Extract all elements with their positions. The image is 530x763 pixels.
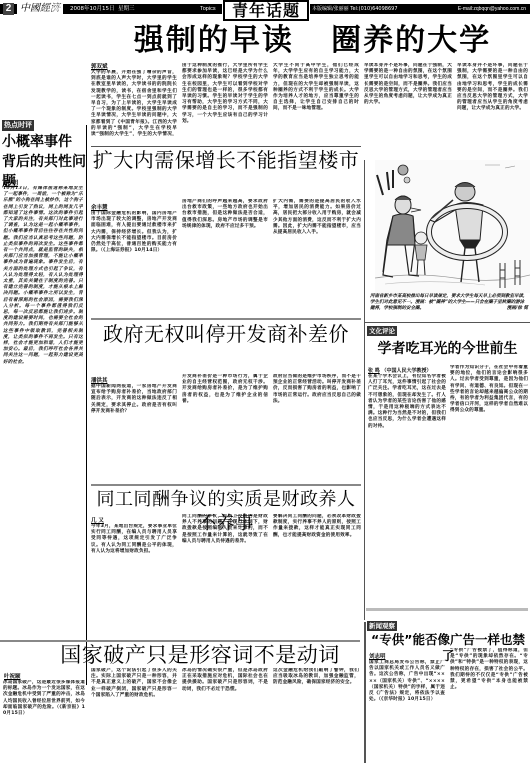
scholar-col-2: 学者作为知识分子，在社会中有着重要的地位，他们的言论会影响很多人。过去学者受到尊… <box>450 365 528 579</box>
scholar-byline: 张 鸣 （中国人民大学教授） <box>368 367 432 374</box>
scholar-col-1: 在某个学术会议上，有位知名学者被人打了耳光，这件事情引起了社会的广泛关注。学者吃… <box>368 374 446 579</box>
domestic-demand-col-2: 房地产商们的呼声越来越高，要求政府出台救市政策，一些地方政府也开始出台救市措施，… <box>182 199 268 314</box>
special-supply-col-2: “专供”广告被禁了，值得称道，但是“专供”的现象却依然存在。“专供”和“特供”是… <box>450 648 528 763</box>
section-divider <box>0 640 360 642</box>
developer-subsidy-col-2: 开发商补差价是一种市场行为，属于企业的自主经营权范围，政府无权干涉。开发商给购房… <box>182 374 268 462</box>
cartoon-illustration <box>375 160 530 293</box>
developer-subsidy-author: 潘洪其 <box>91 376 108 384</box>
domestic-demand-col-3: 扩大内需，需要的是提高居民的收入水平，增加居民的消费能力。如果房价过高，居民把大… <box>273 199 361 314</box>
decorative-slashes: ///// <box>52 3 62 12</box>
cartoon-caption: 河南省新乡市某高校推出每日早读规定，要求大学生每天早上必须到教室早读，学生们对此… <box>370 294 528 312</box>
section-divider <box>91 318 361 320</box>
left-column-divider <box>86 125 87 685</box>
developer-subsidy-col-3: 政府应当做的是维护市场秩序，而不是干预企业的正常经营活动。叫停开发商补差价，反而… <box>273 374 361 462</box>
commentary-body: 10月13日，有媒体报道称某地发生了一起事件，一周前，一个被称为“乐乐熊”的小狗… <box>3 186 83 680</box>
editor-email: E-mail:zqbqqn@yahoo.com.cn <box>458 5 526 13</box>
page-number: 2 <box>3 3 14 15</box>
bankruptcy-col-3: 冰岛的情况确实很严重，但是冰岛政府正在采取措施应对危机，国际社会也在提供援助。国… <box>182 668 268 763</box>
section-title: 青年话题 <box>225 1 307 21</box>
main-article-col-5: 早读本身并不是坏事，问题在于强制，大学需要的是一种自由的氛围，在这个氛围里学生可… <box>457 63 528 136</box>
main-article-col-3: 大学生不同于高中学生，他们已经成年，大学学生应有的自主学习能力，大学的教育应当是… <box>273 63 359 136</box>
main-article-author: 郭双斌 <box>91 62 108 70</box>
domestic-demand-col-1: 由于国际金融危机的影响，国内房地产市场出现了较大的调整，房地产开发商面临困难，有… <box>91 211 177 314</box>
section-divider <box>365 322 530 323</box>
equal-pay-col-1: 今年3月，某地出台规定，要求事业单位实行同工同酬，在编人员与聘用人员享受同等待遇… <box>91 524 177 600</box>
equal-pay-col-2: 同工同酬的争议，实质上反映的是财政养人不养事的问题。在现行体制下，财政拨款是按照… <box>182 514 268 600</box>
commentary-tag: 热点时评 <box>2 120 34 131</box>
cartoon-credit: 漫画/徐 简 <box>507 306 528 312</box>
bankruptcy-col-2: 国家破产，这个说法引起了很多人的关注。实际上国家破产只是一种形容，并不是真正意义… <box>91 668 177 763</box>
section-title-box: 青年话题 <box>223 0 309 21</box>
domestic-demand-headline: 扩大内需保增长不能指望楼市 <box>91 148 361 172</box>
cartoon-caption-text: 河南省新乡市某高校推出每日早读规定，要求大学生每天早上必须到教室早读，学生们对此… <box>370 294 528 311</box>
developer-subsidy-headline: 政府无权叫停开发商补差价 <box>91 322 361 346</box>
section-divider <box>91 146 361 147</box>
developer-subsidy-col-1: 据中国新闻网报道，一家房地产开发商宣布给予购房者补差价，当地政府部门随后表示，开… <box>91 384 177 462</box>
special-supply-col-1: 国家工商总局发布公告称，禁止广告以国家机关或工作人员名义做广告。这次公告称，广告… <box>369 660 445 763</box>
issue-date: 2008年10月15日 <box>70 5 115 13</box>
special-supply-tag: 新闻观察 <box>367 621 397 631</box>
section-divider <box>366 608 528 611</box>
main-article-col-1: 大学的早晨，开始在强了嘈杂的声音，到底是谁的人声大学时，大学里的学生在教室里早读… <box>91 70 177 136</box>
special-supply-author: 刘志明 <box>369 652 386 660</box>
bankruptcy-author: 叶祝颐 <box>4 672 21 680</box>
domestic-demand-author: 余丰慧 <box>91 203 108 211</box>
topics-label: Topics <box>200 5 216 13</box>
issue-weekday: 星期三 <box>118 5 135 13</box>
main-article-col-2: 由于这种制度的推行，大学里所有学生都要求参加早读，这已经是大学为什么会形成这样的… <box>182 63 268 136</box>
cartoon-drawing <box>375 160 530 293</box>
editor-contact: 本版编辑/张丽丽 Tel:(010)64098697 <box>312 5 398 13</box>
scholar-tag: 文化评论 <box>367 326 397 336</box>
equal-pay-col-3: 要解决同工同酬的问题，必须改革财政拨款制度，实行养事不养人的原则，按照工作量来拨… <box>273 514 361 600</box>
commentary-headline-line-1: 小概率事件 <box>2 132 86 152</box>
main-headline: 强制的早读 圈养的大学 <box>95 24 530 58</box>
bankruptcy-headline: 国家破产只是形容词不是动词 <box>40 643 360 667</box>
scholar-headline: 学者吃耳光的今世前生 <box>365 340 530 358</box>
section-divider <box>91 484 361 486</box>
main-article-col-4: 早读本身并不是坏事，问题在于强制，大学需要的是一种自由的氛围，在这个氛围里学生可… <box>364 63 452 136</box>
column-divider <box>364 160 365 620</box>
bankruptcy-col-1: 冰岛国家破产，这是最近很多媒体报道的标题。冰岛作为一个发达国家，在这次金融危机中… <box>3 680 85 763</box>
bankruptcy-col-4: 这次金融危机给我们敲响了警钟，我们应当吸取冰岛的教训，加强金融监管，防范金融风险… <box>273 668 359 763</box>
equal-pay-author: 几 又 <box>91 516 104 524</box>
